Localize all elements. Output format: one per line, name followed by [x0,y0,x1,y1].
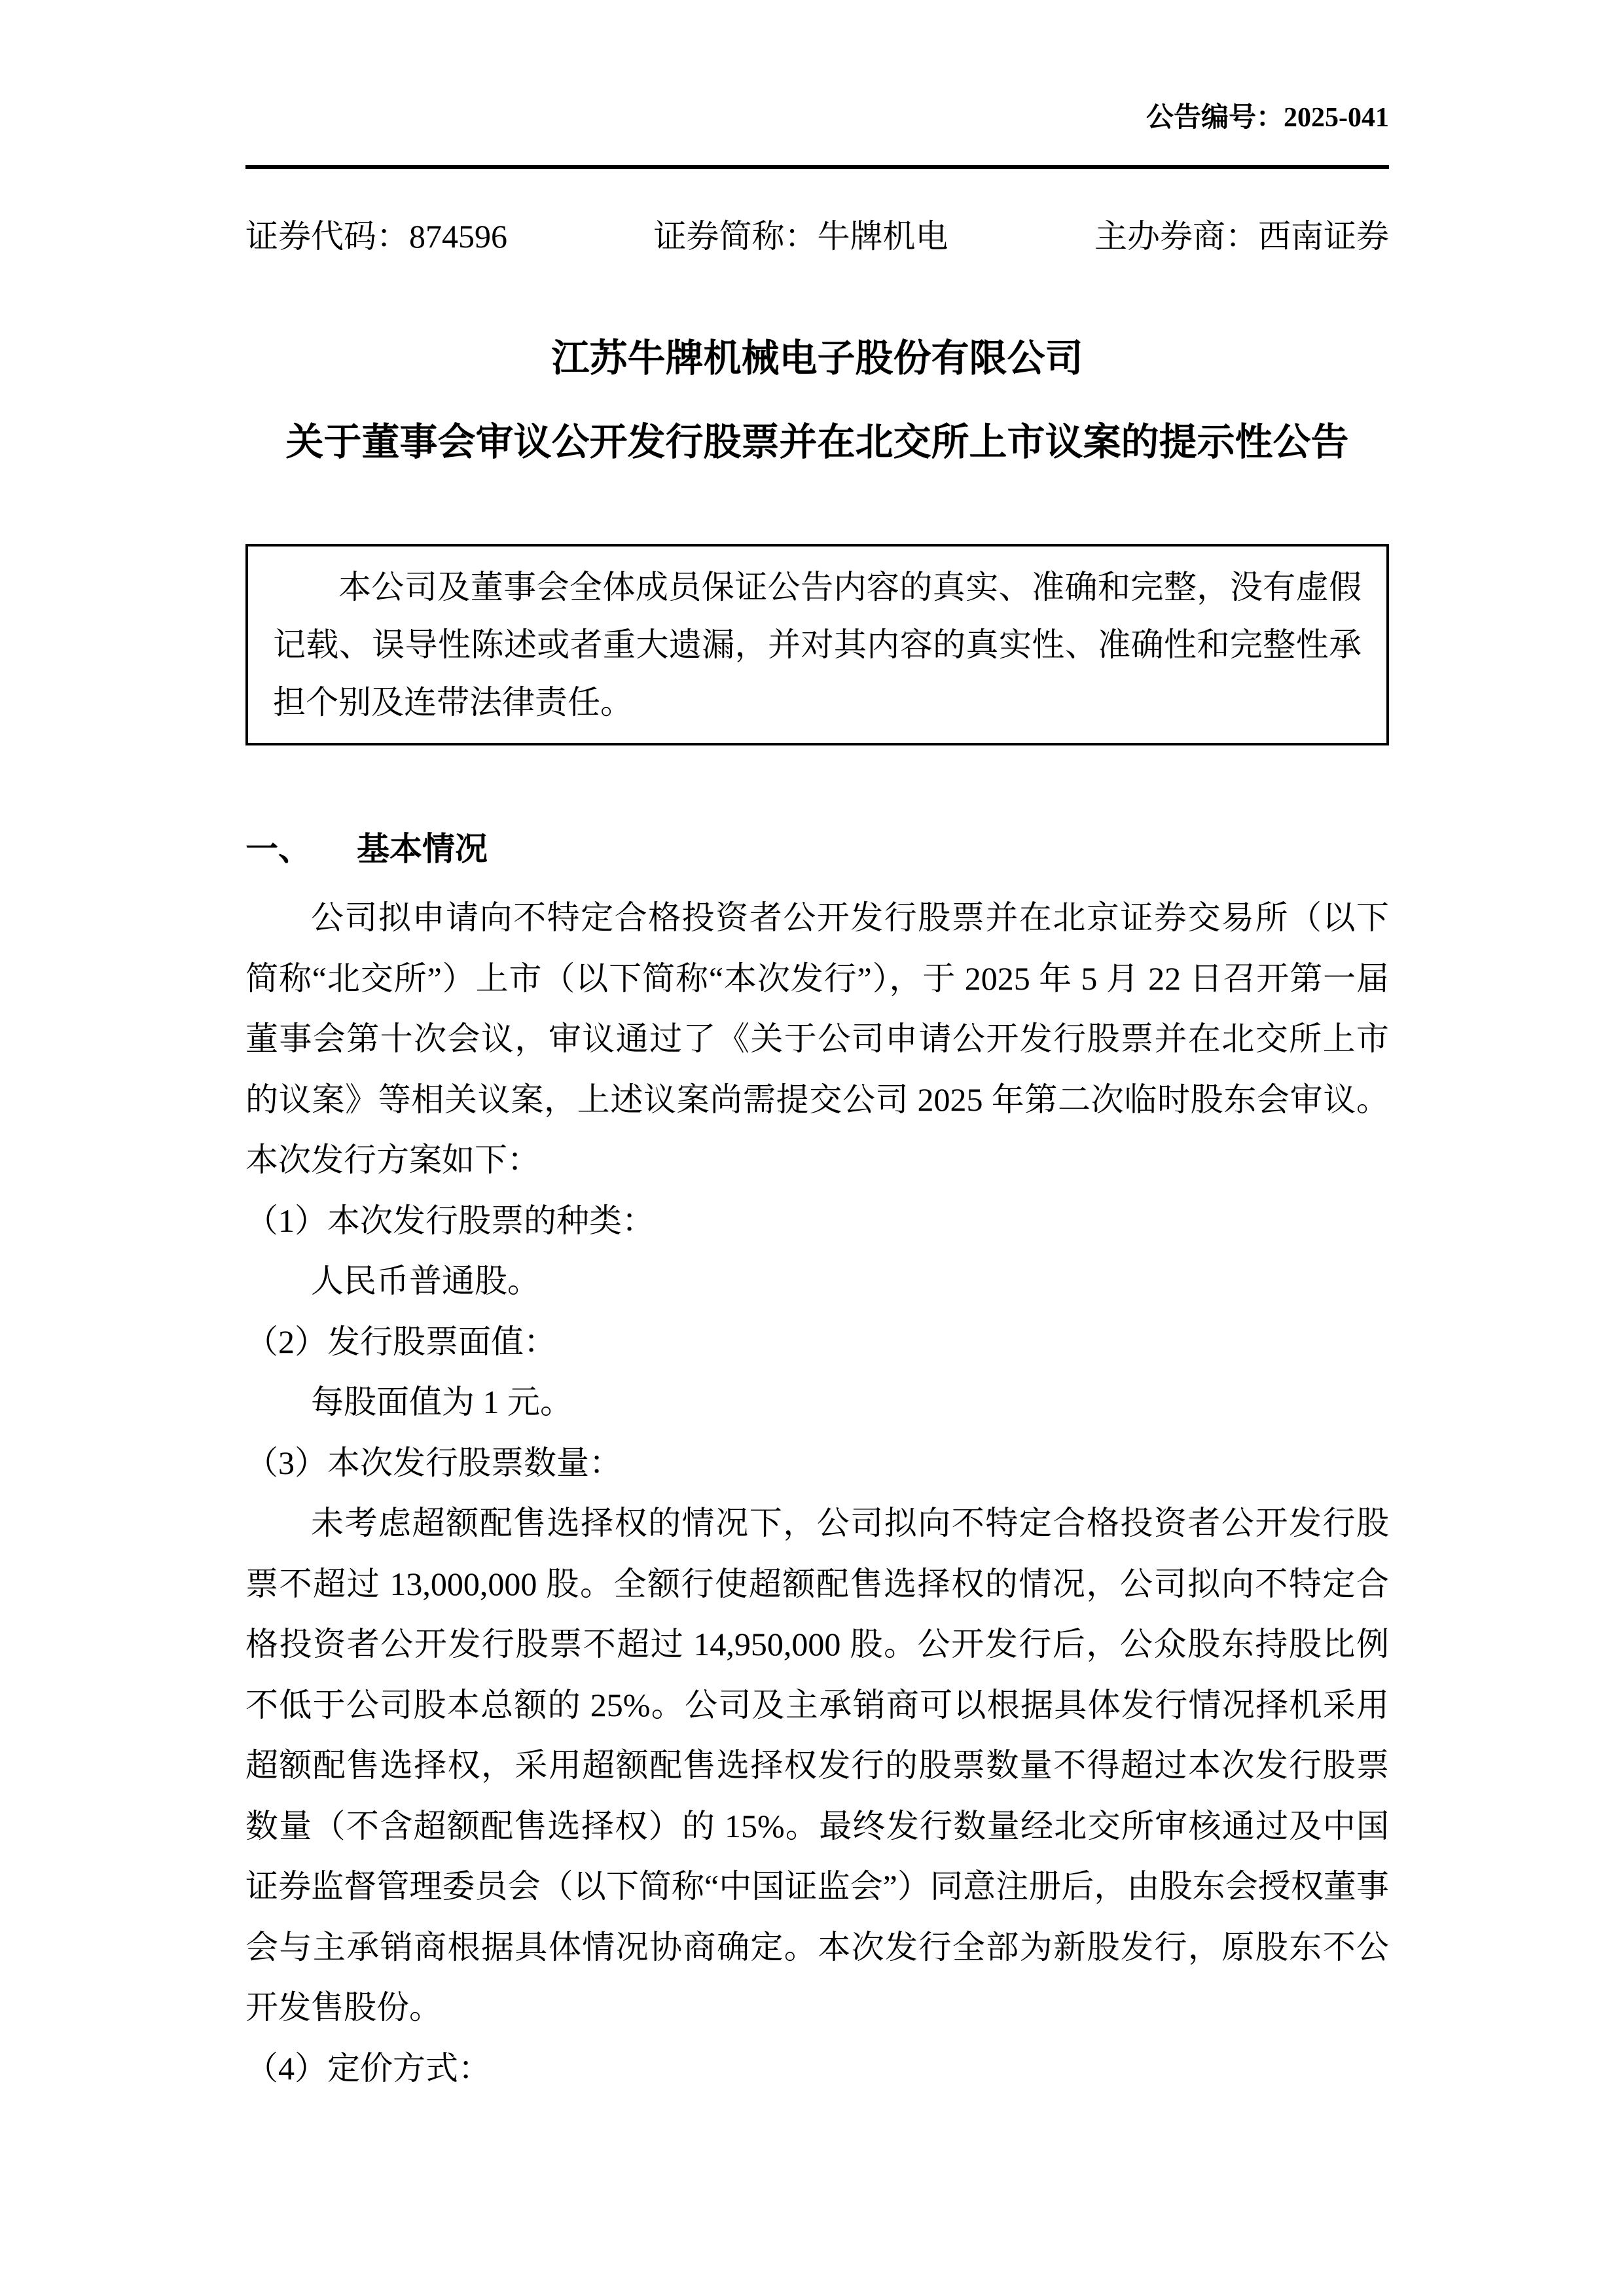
announcement-page: 公告编号：2025-041 证券代码：874596 证券简称：牛牌机电 主办券商… [0,0,1624,2296]
header-divider-rule [245,165,1389,169]
section-body: 公司拟申请向不特定合格投资者公开发行股票并在北京证券交易所（以下简称“北交所”）… [245,888,1389,2098]
item-3-label: （3）本次发行股票数量： [245,1433,1389,1494]
item-1-value: 人民币普通股。 [245,1251,1389,1312]
disclaimer-text: 本公司及董事会全体成员保证公告内容的真实、准确和完整，没有虚假记载、误导性陈述或… [273,558,1362,731]
intro-paragraph: 公司拟申请向不特定合格投资者公开发行股票并在北京证券交易所（以下简称“北交所”）… [245,888,1389,1191]
sponsor-broker: 主办券商：西南证券 [1094,216,1389,257]
item-3-value: 未考虑超额配售选择权的情况下，公司拟向不特定合格投资者公开发行股票不超过 13,… [245,1493,1389,2038]
item-2-label: （2）发行股票面值： [245,1312,1389,1372]
stock-code: 证券代码：874596 [245,216,507,257]
section-number: 一、 [245,831,311,867]
section-heading: 一、基本情况 [245,829,1389,869]
section-title: 基本情况 [357,831,488,867]
stock-short-name: 证券简称：牛牌机电 [654,216,948,257]
announcement-title: 关于董事会审议公开发行股票并在北交所上市议案的提示性公告 [245,418,1389,467]
disclaimer-box: 本公司及董事会全体成员保证公告内容的真实、准确和完整，没有虚假记载、误导性陈述或… [245,544,1389,745]
item-4-label: （4）定价方式： [245,2038,1389,2099]
item-2-value: 每股面值为 1 元。 [245,1372,1389,1433]
announcement-number: 公告编号：2025-041 [245,99,1389,136]
company-name-title: 江苏牛牌机械电子股份有限公司 [245,334,1389,384]
securities-info-row: 证券代码：874596 证券简称：牛牌机电 主办券商：西南证券 [245,216,1389,257]
item-1-label: （1）本次发行股票的种类： [245,1191,1389,1251]
page-content: 公告编号：2025-041 证券代码：874596 证券简称：牛牌机电 主办券商… [245,0,1389,2098]
